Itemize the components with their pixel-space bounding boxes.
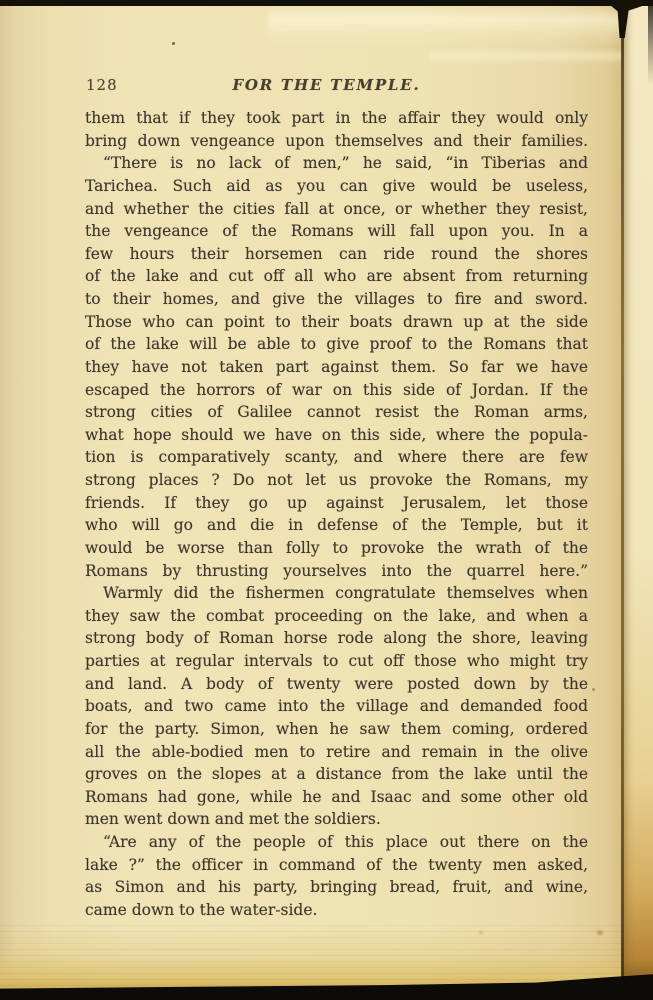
- text-line: and land. A body of twenty were posted d…: [85, 673, 588, 696]
- text-line: to their homes, and give the villages to…: [85, 288, 588, 311]
- text-line: lake ?” the officer in command of the tw…: [85, 854, 588, 877]
- scan-speck: [479, 931, 483, 934]
- scan-top-edge: [0, 0, 653, 6]
- text-line: of the lake and cut off all who are abse…: [85, 265, 588, 288]
- text-line: Warmly did the fishermen congratulate th…: [85, 582, 588, 605]
- text-line: men went down and met the soldiers.: [85, 808, 588, 831]
- text-line: as Simon and his party, bringing bread, …: [85, 876, 588, 899]
- adjacent-page-edge: [624, 0, 653, 1000]
- scan-speck: [592, 688, 595, 691]
- text-line: friends. If they go up against Jerusalem…: [85, 492, 588, 515]
- text-line: would be worse than folly to provoke the…: [85, 537, 588, 560]
- scan-light-streak: [430, 48, 645, 64]
- text-line: parties at regular intervals to cut off …: [85, 650, 588, 673]
- text-line: groves on the slopes at a distance from …: [85, 763, 588, 786]
- book-page: 128 FOR THE TEMPLE. them that if they to…: [0, 0, 624, 1000]
- text-line: of the lake will be able to give proof t…: [85, 333, 588, 356]
- scan-light-streak: [268, 5, 648, 47]
- page-bottom-edge: [0, 925, 624, 990]
- text-line: strong body of Roman horse rode along th…: [85, 627, 588, 650]
- scan-speck: [597, 930, 603, 935]
- text-line: what hope should we have on this side, w…: [85, 424, 588, 447]
- text-block: them that if they took part in the affai…: [85, 107, 588, 922]
- text-line: them that if they took part in the affai…: [85, 107, 588, 130]
- text-line: Those who can point to their boats drawn…: [85, 311, 588, 334]
- scan-speck: [172, 42, 175, 45]
- text-line: they have not taken part against them. S…: [85, 356, 588, 379]
- paragraph: them that if they took part in the affai…: [85, 107, 588, 152]
- text-line: boats, and two came into the village and…: [85, 695, 588, 718]
- text-line: Romans by thrusting yourselves into the …: [85, 560, 588, 583]
- text-line: the vengeance of the Romans will fall up…: [85, 220, 588, 243]
- text-line: strong places ? Do not let us provoke th…: [85, 469, 588, 492]
- book-scan: 128 FOR THE TEMPLE. them that if they to…: [0, 0, 653, 1000]
- running-title: FOR THE TEMPLE.: [0, 76, 653, 94]
- paragraph: “There is no lack of men,” he said, “in …: [85, 152, 588, 582]
- text-line: all the able-bodied men to retire and re…: [85, 741, 588, 764]
- text-line: strong cities of Galilee cannot resist t…: [85, 401, 588, 424]
- text-line: for the party. Simon, when he saw them c…: [85, 718, 588, 741]
- text-line: Tarichea. Such aid as you can give would…: [85, 175, 588, 198]
- text-line: came down to the water-side.: [85, 899, 588, 922]
- paragraph: Warmly did the fishermen congratulate th…: [85, 582, 588, 831]
- text-line: tion is comparatively scanty, and where …: [85, 446, 588, 469]
- text-line: few hours their horsemen can ride round …: [85, 243, 588, 266]
- text-line: who will go and die in defense of the Te…: [85, 514, 588, 537]
- text-line: “Are any of the people of this place out…: [85, 831, 588, 854]
- scan-right-edge: [648, 0, 653, 85]
- text-line: bring down vengeance upon themselves and…: [85, 130, 588, 153]
- text-line: and whether the cities fall at once, or …: [85, 198, 588, 221]
- text-line: they saw the combat proceeding on the la…: [85, 605, 588, 628]
- text-line: Romans had gone, while he and Isaac and …: [85, 786, 588, 809]
- paragraph: “Are any of the people of this place out…: [85, 831, 588, 922]
- text-line: escaped the horrors of war on this side …: [85, 379, 588, 402]
- text-line: “There is no lack of men,” he said, “in …: [85, 152, 588, 175]
